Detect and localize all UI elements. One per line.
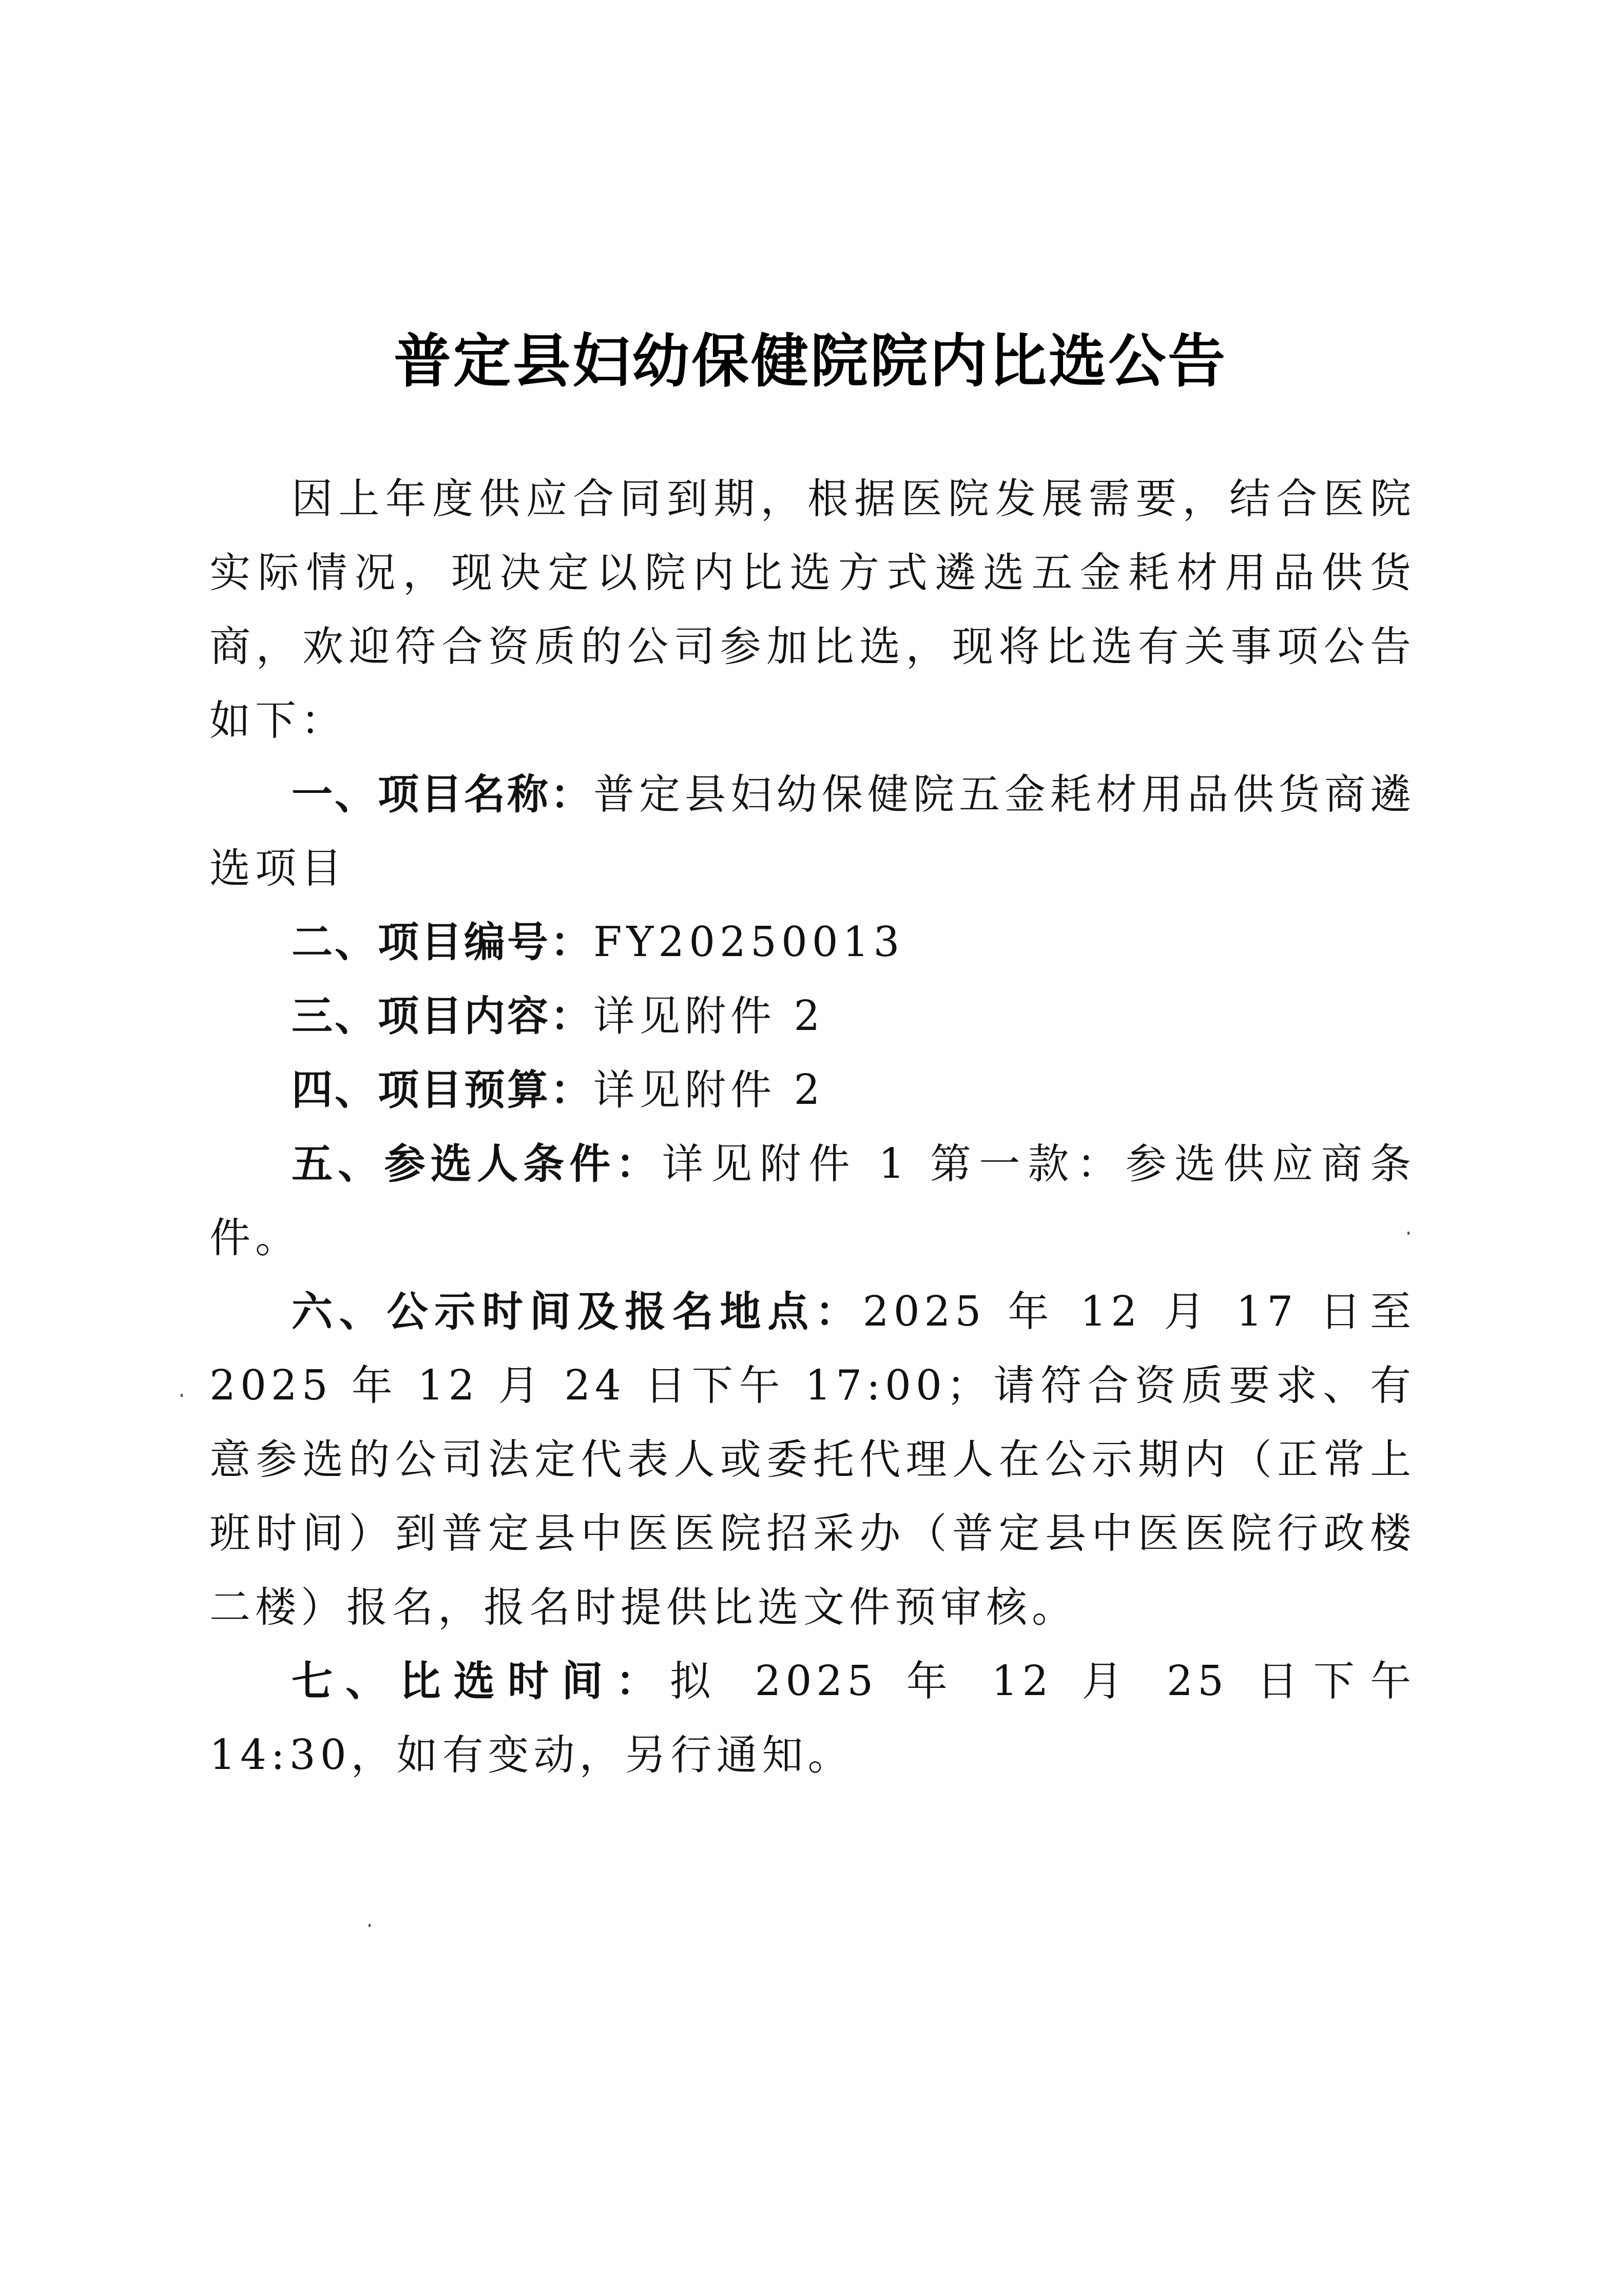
section-label: 六、公示时间及报名地点： bbox=[292, 1288, 863, 1335]
intro-paragraph: 因上年度供应合同到期，根据医院发展需要，结合医院实际情况，现决定以院内比选方式遴… bbox=[209, 462, 1416, 757]
section-label: 三、项目内容： bbox=[292, 992, 593, 1040]
section-label: 七、比选时间： bbox=[292, 1657, 670, 1705]
section-text: 详见附件 2 bbox=[593, 992, 824, 1040]
section-text: 2025 年 12 月 17 日至 2025 年 12 月 24 日下午 17:… bbox=[209, 1288, 1416, 1631]
section-label: 一、项目名称： bbox=[292, 770, 593, 818]
section-participant-conditions: 五、参选人条件：详见附件 1 第一款：参选供应商条件。 bbox=[209, 1127, 1416, 1275]
section-project-name: 一、项目名称：普定县妇幼保健院五金耗材用品供货商遴选项目 bbox=[209, 757, 1416, 905]
page-title: 普定县妇幼保健院院内比选公告 bbox=[0, 326, 1621, 398]
section-label: 二、项目编号： bbox=[292, 918, 593, 966]
section-label: 五、参选人条件： bbox=[292, 1140, 662, 1188]
section-project-number: 二、项目编号：FY20250013 bbox=[209, 905, 1416, 979]
document-page: 普定县妇幼保健院院内比选公告 因上年度供应合同到期，根据医院发展需要，结合医院实… bbox=[0, 0, 1621, 2296]
section-project-budget: 四、项目预算：详见附件 2 bbox=[209, 1053, 1416, 1127]
scan-speck bbox=[181, 1394, 183, 1397]
scan-speck bbox=[1407, 1232, 1410, 1235]
section-publicity-and-registration: 六、公示时间及报名地点：2025 年 12 月 17 日至 2025 年 12 … bbox=[209, 1275, 1416, 1644]
document-body: 因上年度供应合同到期，根据医院发展需要，结合医院实际情况，现决定以院内比选方式遴… bbox=[209, 462, 1416, 1792]
section-text: FY20250013 bbox=[593, 918, 904, 966]
scan-speck bbox=[369, 1924, 371, 1927]
section-text: 详见附件 2 bbox=[593, 1066, 824, 1114]
section-selection-time: 七、比选时间：拟 2025 年 12 月 25 日下午 14:30，如有变动，另… bbox=[209, 1644, 1416, 1792]
section-label: 四、项目预算： bbox=[292, 1066, 593, 1114]
section-project-content: 三、项目内容：详见附件 2 bbox=[209, 979, 1416, 1053]
